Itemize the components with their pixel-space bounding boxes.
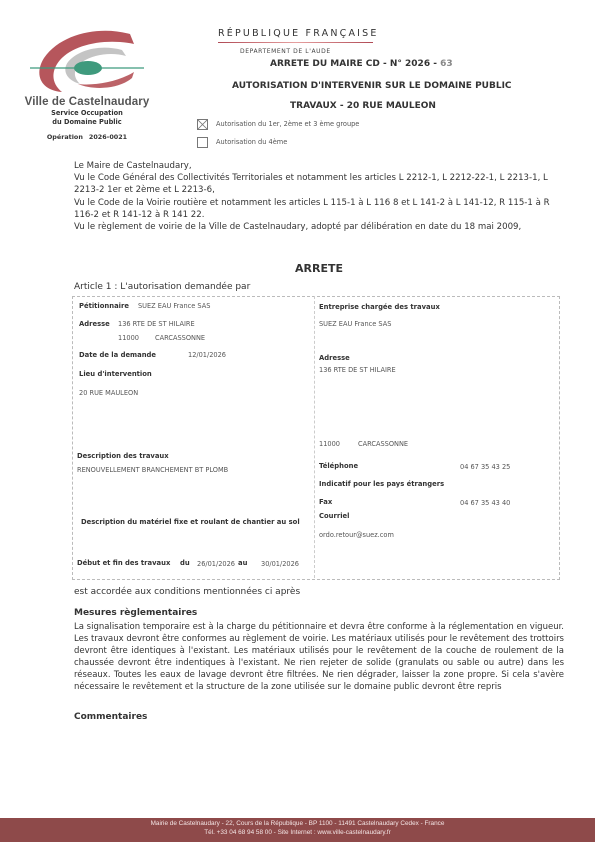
entreprise-ville: CARCASSONNE xyxy=(358,440,408,448)
footer-address: Mairie de Castelnaudary - 22, Cours de l… xyxy=(0,820,595,829)
check-cross-icon xyxy=(198,120,207,129)
description-value: RENOUVELLEMENT BRANCHEMENT BT PLOMB xyxy=(77,466,228,474)
adresse-line1: 136 RTE DE ST HILAIRE xyxy=(118,320,195,328)
preamble-line: Vu le règlement de voirie de la Ville de… xyxy=(74,221,564,233)
entreprise-adresse-label: Adresse xyxy=(319,354,350,362)
operation-label: Opération xyxy=(47,133,83,141)
republique-heading: RÉPUBLIQUE FRANÇAISE xyxy=(218,28,379,39)
form-column-divider xyxy=(314,296,315,578)
fax-value: 04 67 35 43 40 xyxy=(460,499,510,507)
arrete-title: ARRETE DU MAIRE CD - N° 2026 - 63 xyxy=(270,59,453,69)
preamble-line: Le Maire de Castelnaudary, xyxy=(74,160,564,172)
arrete-title-prefix: ARRETE DU MAIRE CD - N° 2026 - xyxy=(270,59,440,69)
checkbox-groupe-1-2-3[interactable] xyxy=(197,119,208,130)
telephone-label: Téléphone xyxy=(319,462,358,470)
debut-fin-label: Début et fin des travaux xyxy=(77,559,170,567)
service-line-2: du Domaine Public xyxy=(22,118,152,127)
mesures-text: La signalisation temporaire est à la cha… xyxy=(74,621,564,694)
checkbox-groupe-4[interactable] xyxy=(197,137,208,148)
article-1: Article 1 : L'autorisation demandée par xyxy=(74,282,250,292)
commentaires-heading: Commentaires xyxy=(74,712,147,722)
lieu-value: 20 RUE MAULEON xyxy=(79,389,138,397)
footer: Mairie de Castelnaudary - 22, Cours de l… xyxy=(0,818,595,842)
courriel-label: Courriel xyxy=(319,512,349,520)
date-debut: 26/01/2026 xyxy=(197,560,235,568)
checkbox-label-groupe-4: Autorisation du 4ème xyxy=(216,138,287,146)
entreprise-value: SUEZ EAU France SAS xyxy=(319,320,391,328)
preamble: Le Maire de Castelnaudary, Vu le Code Gé… xyxy=(74,160,564,233)
castelnaudary-logo-icon xyxy=(22,28,152,96)
lieu-label: Lieu d'intervention xyxy=(79,370,152,378)
entreprise-label: Entreprise chargée des travaux xyxy=(319,303,440,311)
indicatif-label: Indicatif pour les pays étrangers xyxy=(319,480,444,488)
materiel-label: Description du matériel fixe et roulant … xyxy=(81,518,300,526)
preamble-line: Vu le Code Général des Collectivités Ter… xyxy=(74,172,564,196)
departement-heading: DEPARTEMENT DE L'AUDE xyxy=(240,48,331,55)
operation-number: Opération2026-0021 xyxy=(22,133,152,141)
courriel-value: ordo.retour@suez.com xyxy=(319,531,394,539)
fax-label: Fax xyxy=(319,498,332,506)
travaux-title: TRAVAUX - 20 RUE MAULEON xyxy=(290,101,436,111)
au-label: au xyxy=(238,559,247,567)
adresse-ville: CARCASSONNE xyxy=(155,334,205,342)
petitionnaire-value: SUEZ EAU France SAS xyxy=(138,302,210,310)
arrete-heading: ARRETE xyxy=(295,262,343,275)
adresse-label: Adresse xyxy=(79,320,110,328)
description-label: Description des travaux xyxy=(77,452,169,460)
date-demande-label: Date de la demande xyxy=(79,351,156,359)
date-fin: 30/01/2026 xyxy=(261,560,299,568)
footer-contact: Tél. +33 04 68 94 58 00 - Site Internet … xyxy=(0,829,595,838)
telephone-value: 04 67 35 43 25 xyxy=(460,463,510,471)
autorisation-title: AUTORISATION D'INTERVENIR SUR LE DOMAINE… xyxy=(232,81,512,91)
mesures-heading: Mesures règlementaires xyxy=(74,608,197,618)
checkbox-label-groupe-1-2-3: Autorisation du 1er, 2ème et 3 ème group… xyxy=(216,120,359,128)
du-label: du xyxy=(180,559,190,567)
request-form-box xyxy=(72,296,560,580)
petitionnaire-label: Pétitionnaire xyxy=(79,302,129,310)
city-logo xyxy=(22,28,152,96)
entreprise-cp: 11000 xyxy=(319,440,340,448)
conditions-sentence: est accordée aux conditions mentionnées … xyxy=(74,587,300,597)
service-name: Service Occupation du Domaine Public xyxy=(22,109,152,126)
header-divider xyxy=(218,42,373,43)
adresse-cp: 11000 xyxy=(118,334,139,342)
service-line-1: Service Occupation xyxy=(22,109,152,118)
arrete-number: 63 xyxy=(440,59,453,69)
operation-value: 2026-0021 xyxy=(89,133,127,141)
preamble-line: Vu le Code de la Voirie routière et nota… xyxy=(74,197,564,221)
date-demande-value: 12/01/2026 xyxy=(188,351,226,359)
city-name: Ville de Castelnaudary xyxy=(22,96,152,108)
entreprise-adresse-line1: 136 RTE DE ST HILAIRE xyxy=(319,366,396,374)
